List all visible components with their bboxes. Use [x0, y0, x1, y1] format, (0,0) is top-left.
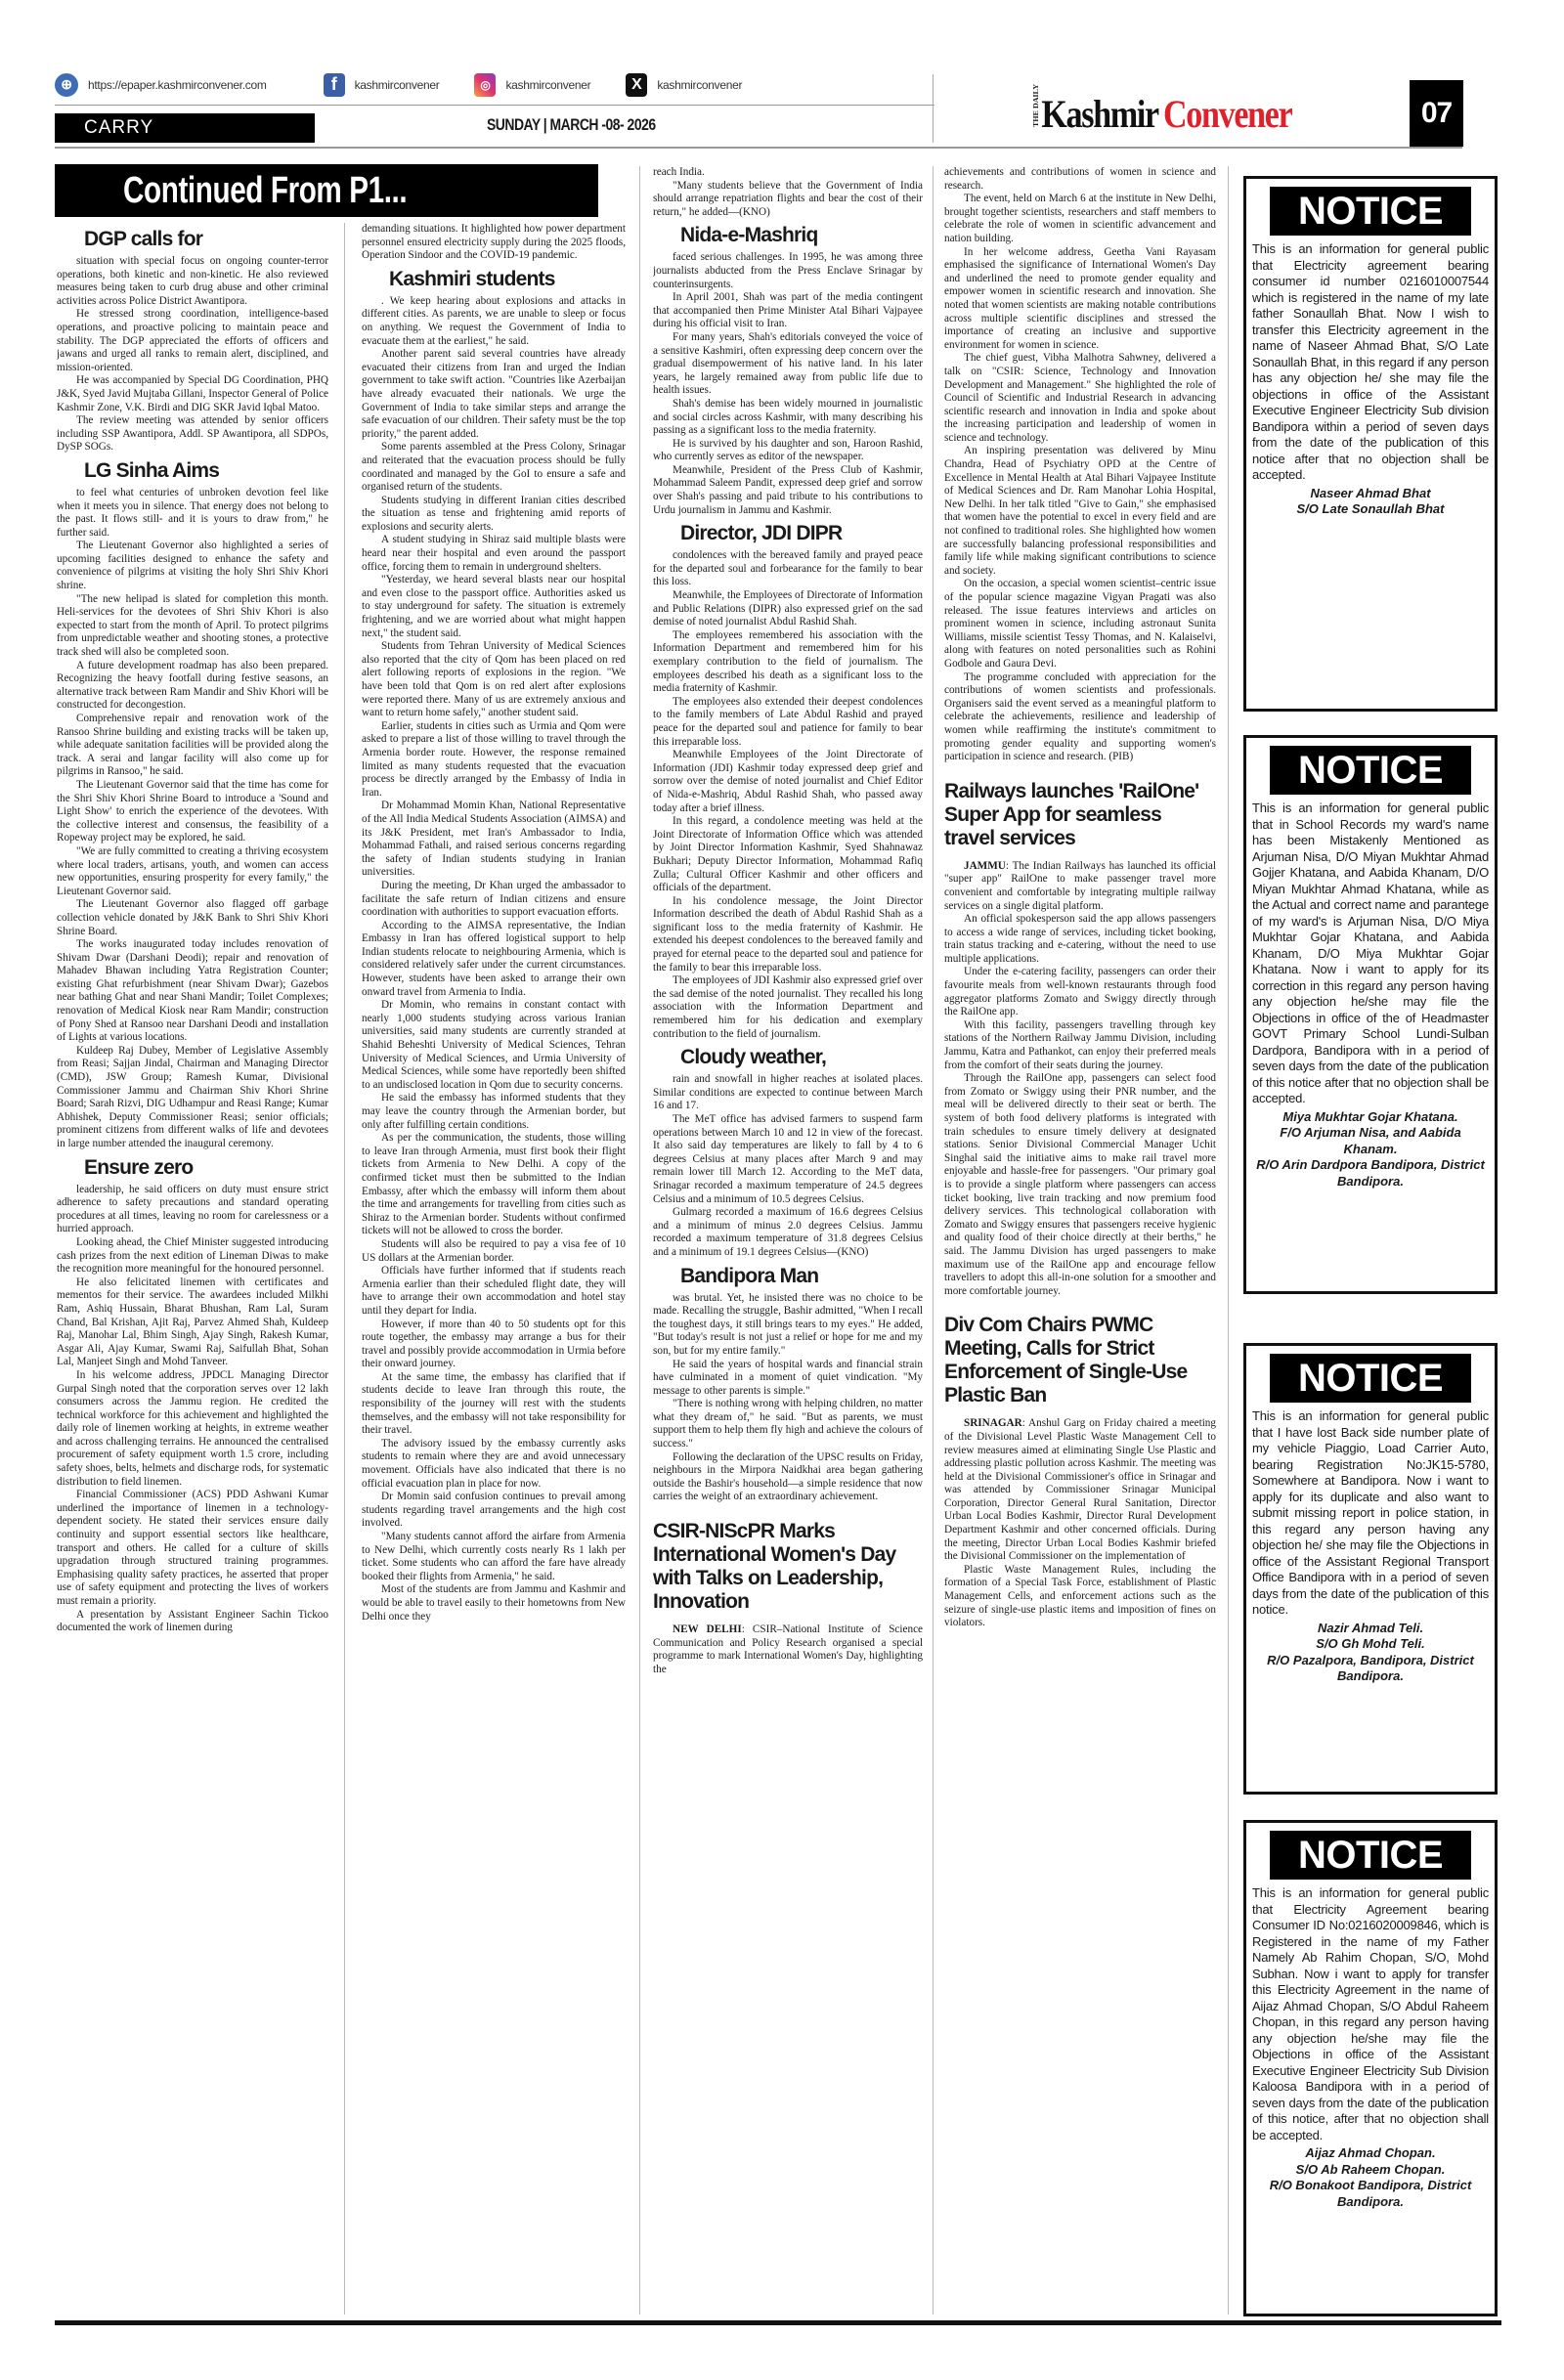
signature-line: Aijaz Ahmad Chopan.	[1252, 2145, 1489, 2162]
notice-signature: Nazir Ahmad Teli. S/O Gh Mohd Teli. R/O …	[1252, 1621, 1489, 1685]
paragraph: Gulmarg recorded a maximum of 16.6 degre…	[653, 1206, 923, 1259]
article-heading-director-jdi: Director, JDI DIPR	[653, 521, 923, 546]
article-column-2: demanding situations. It highlighted how…	[362, 223, 626, 2315]
masthead-logo: THE DAILYKashmirConvener	[1032, 84, 1291, 137]
paragraph: The Lieutenant Governor also flagged off…	[57, 898, 328, 938]
paragraph: During the meeting, Dr Khan urged the am…	[362, 880, 626, 920]
page-number: 07	[1410, 80, 1463, 147]
article-column-3: reach India. "Many students believe that…	[653, 166, 923, 2315]
facebook-link[interactable]: f kashmirconvener	[324, 73, 440, 97]
article-column-4: achievements and contributions of women …	[944, 166, 1216, 2315]
paragraph: Dr Momin, who remains in constant contac…	[362, 999, 626, 1092]
paragraph: At the same time, the embassy has clarif…	[362, 1371, 626, 1438]
article-heading-ensure-zero: Ensure zero	[57, 1155, 328, 1181]
paragraph: achievements and contributions of women …	[944, 166, 1216, 193]
paragraph: He also felicitated linemen with certifi…	[57, 1277, 328, 1369]
website-link[interactable]: ⊕ https://epaper.kashmirconvener.com	[55, 73, 267, 97]
paragraph: Earlier, students in cities such as Urmi…	[362, 720, 626, 801]
paragraph: He was accompanied by Special DG Coordin…	[57, 374, 328, 414]
paragraph: Dr Mohammad Momin Khan, National Represe…	[362, 800, 626, 880]
article-heading-cloudy-weather: Cloudy weather,	[653, 1045, 923, 1070]
issue-date: SUNDAY | MARCH -08- 2026	[487, 115, 656, 135]
website-url: https://epaper.kashmirconvener.com	[88, 78, 267, 92]
header-rule	[55, 147, 1462, 149]
article-heading-nida-e-mashriq: Nida-e-Mashriq	[653, 223, 923, 248]
notice-signature: Aijaz Ahmad Chopan. S/O Ab Raheem Chopan…	[1252, 2145, 1489, 2210]
paragraph: As per the communication, the students, …	[362, 1132, 626, 1238]
signature-line: S/O Late Sonaullah Bhat	[1252, 501, 1489, 518]
article-headline-csir: CSIR-NIScPR Marks International Women's …	[653, 1520, 923, 1614]
paragraph: In April 2001, Shah was part of the medi…	[653, 291, 923, 331]
paragraph: Students studying in different Iranian c…	[362, 495, 626, 535]
facebook-icon: f	[324, 73, 345, 97]
paragraph: Officials have further informed that if …	[362, 1265, 626, 1318]
paragraph: "Many students believe that the Governme…	[653, 180, 923, 220]
paragraph: In this regard, a condolence meeting was…	[653, 815, 923, 895]
paragraph: demanding situations. It highlighted how…	[362, 223, 626, 263]
paragraph: The event, held on March 6 at the instit…	[944, 193, 1216, 245]
signature-line: S/O Ab Raheem Chopan.	[1252, 2162, 1489, 2179]
paragraph: With this facility, passengers travellin…	[944, 1019, 1216, 1072]
x-icon: X	[626, 73, 647, 97]
dateline: JAMMU	[964, 860, 1006, 872]
signature-line: Nazir Ahmad Teli.	[1252, 1621, 1489, 1637]
paragraph: "Yesterday, we heard several blasts near…	[362, 574, 626, 640]
paragraph: condolences with the bereaved family and…	[653, 549, 923, 589]
paragraph: The Lieutenant Governor said that the ti…	[57, 779, 328, 845]
paragraph: Meanwhile, the Employees of Directorate …	[653, 589, 923, 629]
paragraph: Comprehensive repair and renovation work…	[57, 713, 328, 779]
paragraph: situation with special focus on ongoing …	[57, 255, 328, 308]
paragraph: Shah's demise has been widely mourned in…	[653, 398, 923, 438]
paragraph: Another parent said several countries ha…	[362, 348, 626, 441]
paragraph: Kuldeep Raj Dubey, Member of Legislative…	[57, 1045, 328, 1151]
paragraph: . We keep hearing about explosions and a…	[362, 295, 626, 348]
paragraph: On the occasion, a special women scienti…	[944, 578, 1216, 671]
signature-line: F/O Arjuman Nisa, and Aabida Khanam.	[1252, 1125, 1489, 1157]
paragraph: In his condolence message, the Joint Dir…	[653, 895, 923, 975]
paragraph: "Many students cannot afford the airfare…	[362, 1531, 626, 1583]
paragraph: Students will also be required to pay a …	[362, 1238, 626, 1265]
paragraph: Financial Commissioner (ACS) PDD Ashwani…	[57, 1489, 328, 1608]
paragraph: Plastic Waste Management Rules, includin…	[944, 1564, 1216, 1630]
paragraph: A presentation by Assistant Engineer Sac…	[57, 1609, 328, 1635]
notice-signature: Miya Mukhtar Gojar Khatana. F/O Arjuman …	[1252, 1109, 1489, 1190]
globe-icon: ⊕	[55, 73, 78, 97]
paragraph: JAMMU: The Indian Railways has launched …	[944, 860, 1216, 913]
paragraph: He stressed strong coordination, intelli…	[57, 308, 328, 374]
paragraph: Most of the students are from Jammu and …	[362, 1583, 626, 1623]
paragraph: The MeT office has advised farmers to su…	[653, 1113, 923, 1206]
paragraph: faced serious challenges. In 1995, he wa…	[653, 251, 923, 291]
notice-body: This is an information for general publi…	[1252, 1408, 1489, 1619]
article-heading-dgp: DGP calls for	[57, 227, 328, 252]
paragraph: However, if more than 40 to 50 students …	[362, 1319, 626, 1371]
article-column-1: DGP calls for situation with special foc…	[57, 223, 328, 2315]
page-header: ⊕ https://epaper.kashmirconvener.com f k…	[55, 63, 1462, 149]
paragraph: "The new helipad is slated for completio…	[57, 593, 328, 660]
x-handle: kashmirconvener	[657, 78, 742, 92]
footer-rule	[55, 2320, 1501, 2325]
paragraph: According to the AIMSA representative, t…	[362, 920, 626, 1000]
notice-body: This is an information for general publi…	[1252, 1885, 1489, 2143]
paragraph: The employees also extended their deepes…	[653, 696, 923, 749]
paragraph: The chief guest, Vibha Malhotra Sahwney,…	[944, 352, 1216, 445]
section-label: CARRY	[55, 113, 315, 143]
paragraph: A student studying in Shiraz said multip…	[362, 534, 626, 574]
article-heading-bandipora-man: Bandipora Man	[653, 1264, 923, 1289]
paragraph: Meanwhile, President of the Press Club o…	[653, 464, 923, 517]
article-heading-lg-sinha: LG Sinha Aims	[57, 458, 328, 484]
social-links-row: ⊕ https://epaper.kashmirconvener.com f k…	[55, 65, 934, 106]
paragraph: SRINAGAR: Anshul Garg on Friday chaired …	[944, 1417, 1216, 1564]
article-heading-kashmiri-students: Kashmiri students	[362, 267, 626, 292]
column-divider	[639, 166, 640, 2315]
paragraph: "We are fully committed to creating a th…	[57, 845, 328, 898]
dateline: SRINAGAR	[964, 1417, 1022, 1429]
x-link[interactable]: X kashmirconvener	[626, 73, 742, 97]
paragraph: Meanwhile Employees of the Joint Directo…	[653, 749, 923, 815]
notice-box-electricity-transfer-bhat: NOTICE This is an information for genera…	[1243, 176, 1498, 712]
signature-line: R/O Bonakoot Bandipora, District Bandipo…	[1252, 2178, 1489, 2210]
article-headline-pwmc: Div Com Chairs PWMC Meeting, Calls for S…	[944, 1314, 1216, 1407]
paragraph: For many years, Shah's editorials convey…	[653, 331, 923, 398]
paragraph: Some parents assembled at the Press Colo…	[362, 441, 626, 494]
notice-title: NOTICE	[1270, 1354, 1471, 1403]
paragraph: The advisory issued by the embassy curre…	[362, 1438, 626, 1491]
paragraph: leadership, he said officers on duty mus…	[57, 1184, 328, 1236]
continued-banner: Continued From P1...	[55, 164, 598, 217]
paragraph: NEW DELHI: CSIR–National Institute of Sc…	[653, 1623, 923, 1676]
signature-line: R/O Pazalpora, Bandipora, District Bandi…	[1252, 1653, 1489, 1685]
masthead-kashmir: Kashmir	[1041, 92, 1158, 136]
paragraph: A future development roadmap has also be…	[57, 660, 328, 713]
paragraph: He said the years of hospital wards and …	[653, 1359, 923, 1399]
notice-signature: Naseer Ahmad Bhat S/O Late Sonaullah Bha…	[1252, 486, 1489, 518]
paragraph: The Lieutenant Governor also highlighted…	[57, 540, 328, 592]
header-divider	[933, 74, 934, 143]
dateline: NEW DELHI	[673, 1623, 742, 1635]
masthead-prefix: THE DAILY	[1032, 84, 1040, 127]
notice-title: NOTICE	[1270, 1831, 1471, 1880]
paragraph: was brutal. Yet, he insisted there was n…	[653, 1292, 923, 1359]
signature-line: R/O Arin Dardpora Bandipora, District Ba…	[1252, 1157, 1489, 1190]
paragraph: rain and snowfall in higher reaches at i…	[653, 1073, 923, 1113]
instagram-link[interactable]: ◎ kashmirconvener	[474, 73, 590, 97]
notice-title: NOTICE	[1270, 746, 1471, 795]
paragraph: The employees of JDI Kashmir also expres…	[653, 974, 923, 1041]
column-divider	[344, 223, 345, 2315]
column-divider	[933, 166, 934, 2315]
paragraph: The programme concluded with appreciatio…	[944, 671, 1216, 764]
paragraph: Following the declaration of the UPSC re…	[653, 1451, 923, 1504]
notice-body: This is an information for general publi…	[1252, 801, 1489, 1107]
signature-line: Miya Mukhtar Gojar Khatana.	[1252, 1109, 1489, 1126]
notice-box-lost-number-plate: NOTICE This is an information for genera…	[1243, 1343, 1498, 1795]
paragraph: He said the embassy has informed student…	[362, 1092, 626, 1132]
notice-title: NOTICE	[1270, 187, 1471, 236]
paragraph: to feel what centuries of unbroken devot…	[57, 487, 328, 540]
paragraph: "There is nothing wrong with helping chi…	[653, 1398, 923, 1450]
paragraph: An official spokesperson said the app al…	[944, 913, 1216, 966]
notice-body: This is an information for general publi…	[1252, 241, 1489, 484]
instagram-icon: ◎	[474, 73, 496, 97]
banner-text: Continued From P1...	[123, 164, 407, 217]
paragraph: The works inaugurated today includes ren…	[57, 938, 328, 1045]
masthead-convener: Convener	[1163, 92, 1291, 136]
paragraph: Looking ahead, the Chief Minister sugges…	[57, 1236, 328, 1277]
instagram-handle: kashmirconvener	[505, 78, 590, 92]
paragraph: In her welcome address, Geetha Vani Raya…	[944, 246, 1216, 353]
paragraph: The employees remembered his association…	[653, 629, 923, 696]
paragraph-text: : Anshul Garg on Friday chaired a meetin…	[944, 1417, 1216, 1562]
paragraph: Students from Tehran University of Medic…	[362, 640, 626, 720]
paragraph: An inspiring presentation was delivered …	[944, 445, 1216, 578]
facebook-handle: kashmirconvener	[355, 78, 440, 92]
paragraph: Dr Momin said confusion continues to pre…	[362, 1491, 626, 1531]
paragraph: Under the e-catering facility, passenger…	[944, 966, 1216, 1018]
column-divider	[1228, 166, 1229, 2315]
signature-line: Naseer Ahmad Bhat	[1252, 486, 1489, 502]
paragraph: In his welcome address, JPDCL Managing D…	[57, 1369, 328, 1489]
paragraph: Through the RailOne app, passengers can …	[944, 1072, 1216, 1298]
article-headline-railone: Railways launches 'RailOne' Super App fo…	[944, 780, 1216, 850]
paragraph: He is survived by his daughter and son, …	[653, 438, 923, 464]
signature-line: S/O Gh Mohd Teli.	[1252, 1636, 1489, 1653]
notice-box-electricity-transfer-chopan: NOTICE This is an information for genera…	[1243, 1820, 1498, 2316]
notice-box-name-correction: NOTICE This is an information for genera…	[1243, 735, 1498, 1294]
paragraph: reach India.	[653, 166, 923, 180]
paragraph: The review meeting was attended by senio…	[57, 414, 328, 454]
